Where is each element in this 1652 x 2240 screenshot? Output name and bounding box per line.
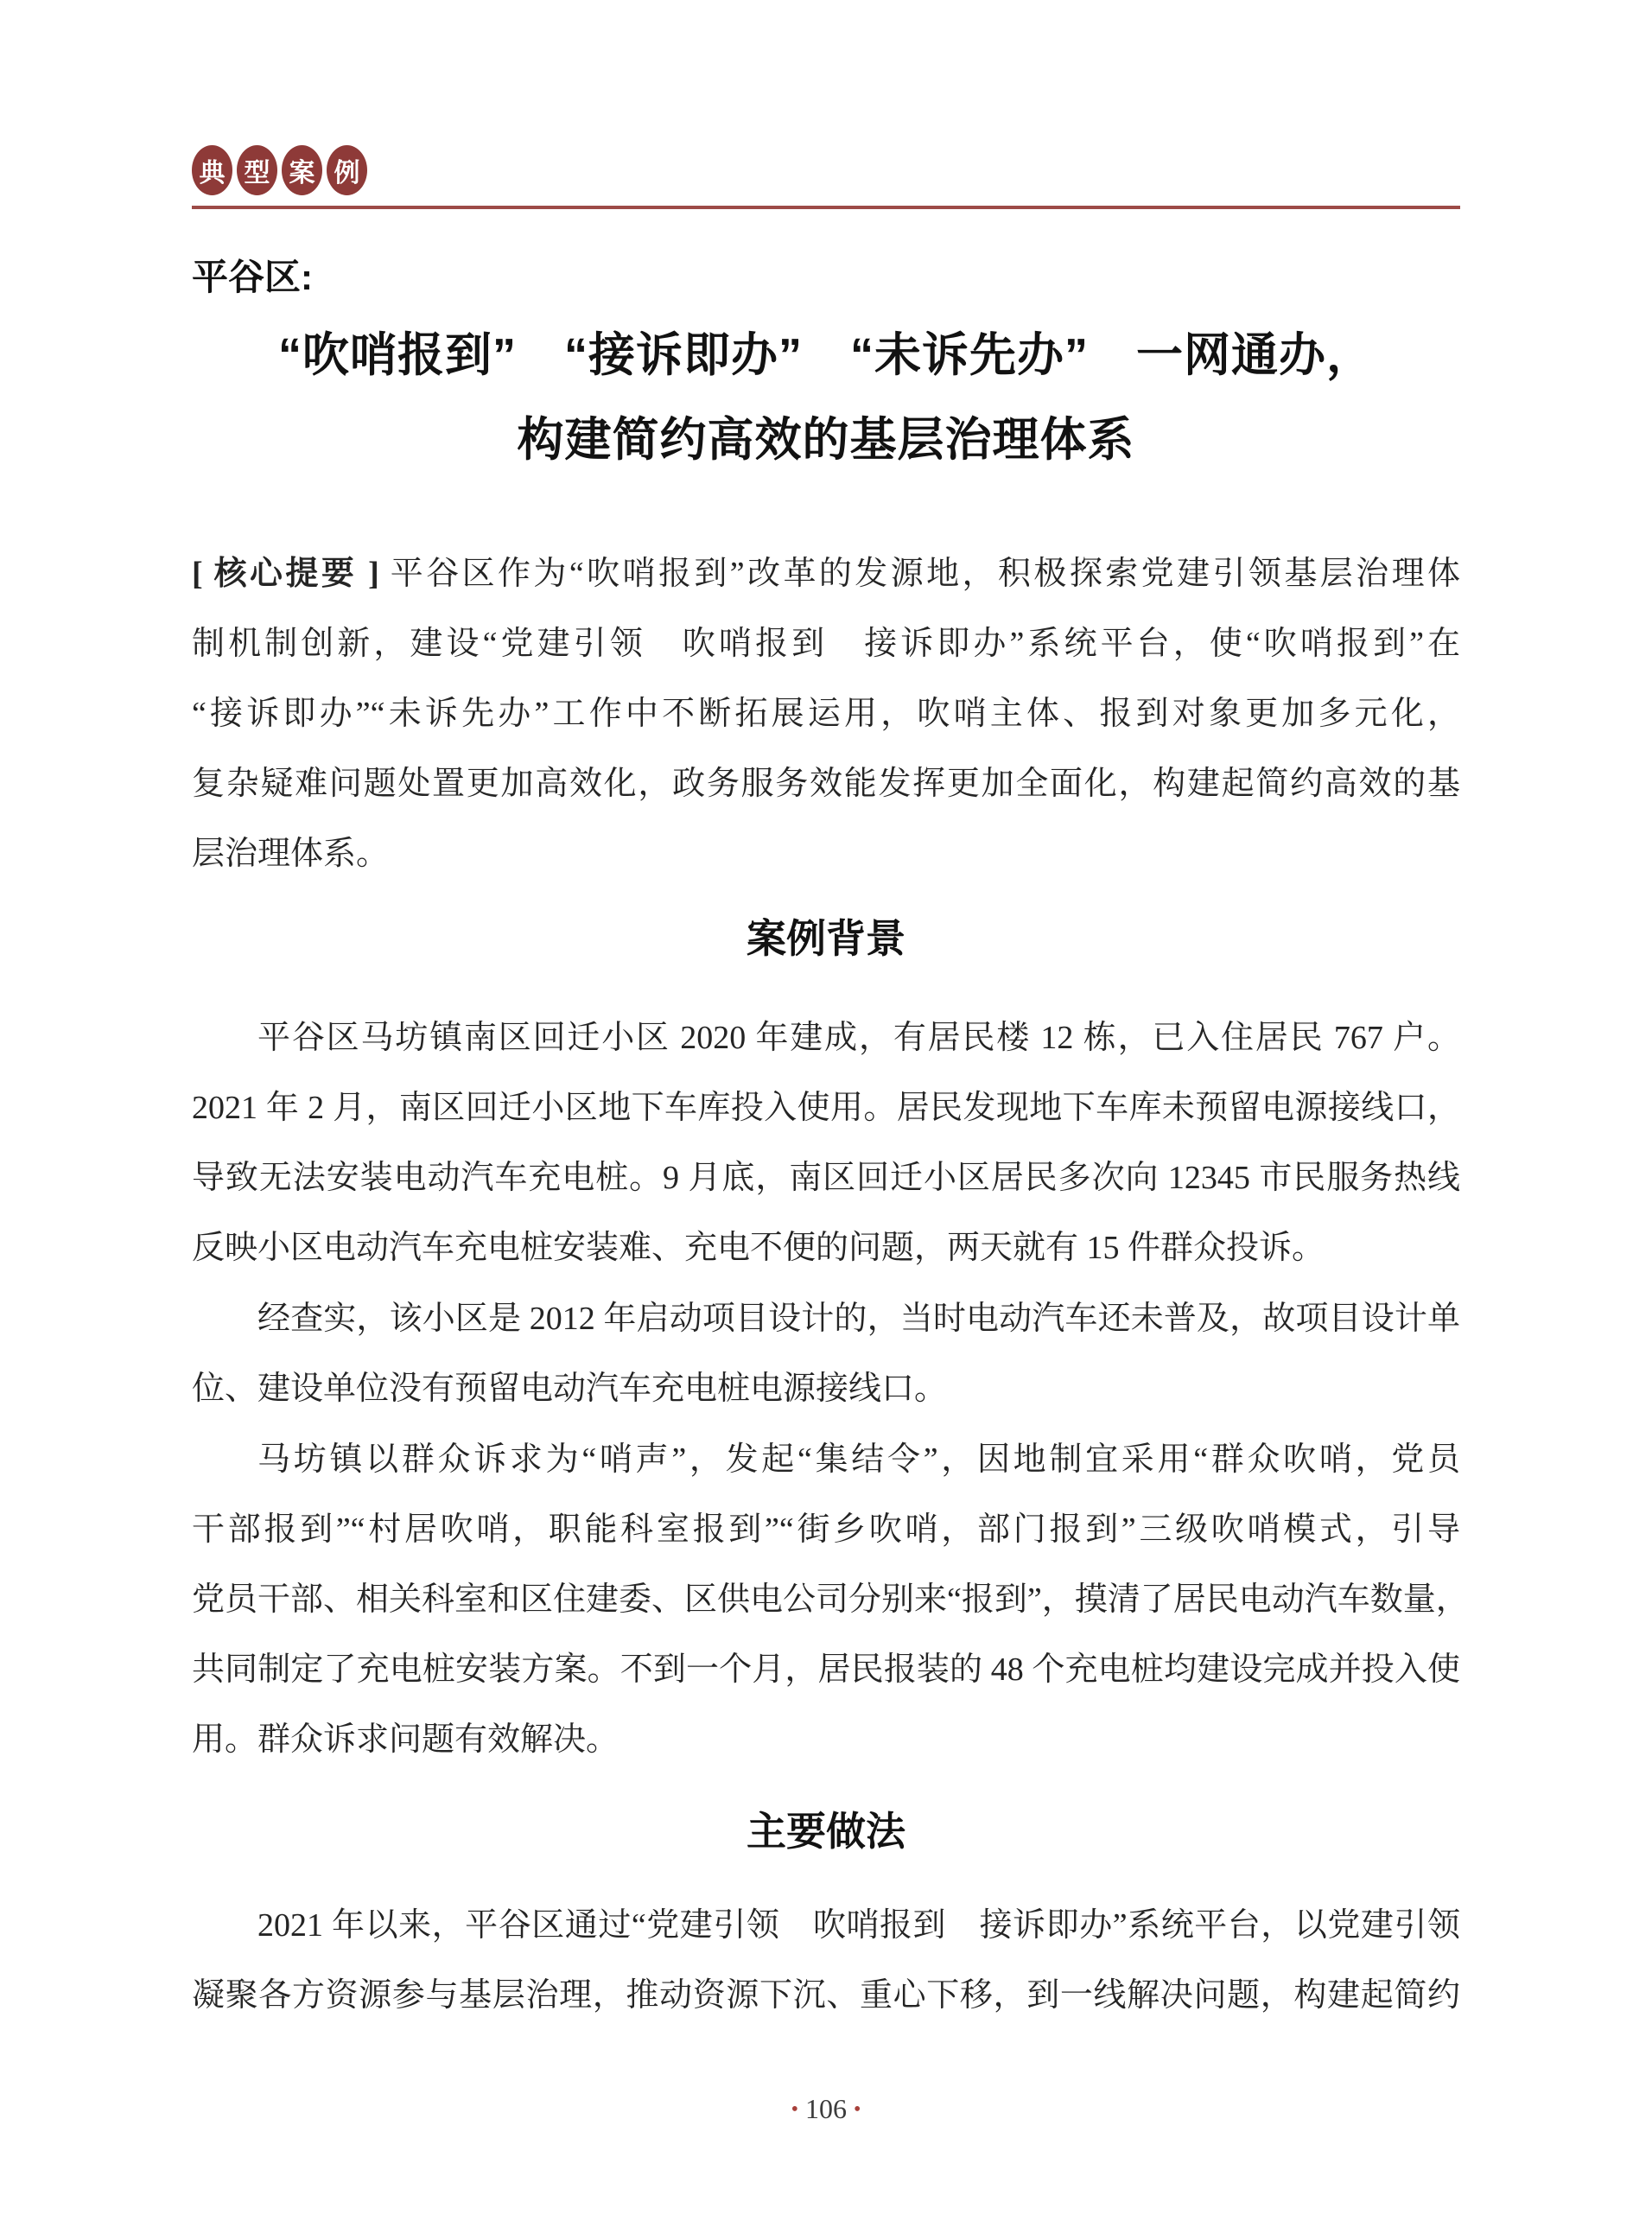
page-header: 典 型 案 例 — [192, 145, 1460, 209]
body-line: 反映小区电动汽车充电桩安装难、充电不便的问题，两天就有 15 件群众投诉。 — [192, 1213, 1460, 1283]
summary-line: [ 核心提要 ] 平谷区作为“吹哨报到”改革的发源地，积极探索党建引领基层治理体 — [192, 539, 1460, 609]
summary-label: [ 核心提要 ] — [192, 556, 379, 592]
footer-dot: • — [791, 2098, 798, 2121]
series-badge: 案 — [282, 145, 322, 195]
body-line: 用。群众诉求问题有效解决。 — [192, 1705, 1460, 1775]
body-line: 导致无法安装电动汽车充电桩。9 月底，南区回迁小区居民多次向 12345 市民服… — [192, 1143, 1460, 1213]
body-line: 经查实，该小区是 2012 年启动项目设计的，当时电动汽车还未普及，故项目设计单 — [192, 1284, 1460, 1354]
body-line: 平谷区马坊镇南区回迁小区 2020 年建成，有居民楼 12 栋，已入住居民 76… — [192, 1003, 1460, 1073]
section-heading-case-background: 案例背景 — [192, 913, 1460, 964]
body-line: 位、建设单位没有预留电动汽车充电桩电源接线口。 — [192, 1354, 1460, 1424]
body-paragraph: 2021 年以来，平谷区通过“党建引领 吹哨报到 接诉即办”系统平台，以党建引领… — [192, 1891, 1460, 2031]
district-kicker: 平谷区: — [192, 249, 1460, 301]
summary-paragraph: [ 核心提要 ] 平谷区作为“吹哨报到”改革的发源地，积极探索党建引领基层治理体… — [192, 539, 1460, 889]
body-line: 2021 年 2 月，南区回迁小区地下车库投入使用。居民发现地下车库未预留电源接… — [192, 1073, 1460, 1143]
summary-line-text: 平谷区作为“吹哨报到”改革的发源地，积极探索党建引领基层治理体 — [391, 556, 1460, 592]
series-badge: 例 — [327, 145, 367, 195]
body-paragraph: 经查实，该小区是 2012 年启动项目设计的，当时电动汽车还未普及，故项目设计单… — [192, 1284, 1460, 1424]
body-line: 马坊镇以群众诉求为“哨声”，发起“集结令”，因地制宜采用“群众吹哨，党员 — [192, 1425, 1460, 1495]
page-footer: •106• — [192, 2093, 1460, 2125]
document-page: 典 型 案 例 平谷区: “吹哨报到” “接诉即办” “未诉先办” 一网通办， … — [0, 0, 1652, 2240]
body-line: 凝聚各方资源参与基层治理，推动资源下沉、重心下移，到一线解决问题，构建起简约 — [192, 1961, 1460, 2031]
title-line: 构建简约高效的基层治理体系 — [192, 398, 1460, 482]
summary-line: 制机制创新，建设“党建引领 吹哨报到 接诉即办”系统平台，使“吹哨报到”在 — [192, 609, 1460, 679]
series-badge: 型 — [237, 145, 277, 195]
footer-dot: • — [854, 2098, 861, 2121]
summary-line: 复杂疑难问题处置更加高效化，政务服务效能发挥更加全面化，构建起简约高效的基 — [192, 749, 1460, 819]
header-rule — [192, 206, 1460, 209]
title-line: “吹哨报到” “接诉即办” “未诉先办” 一网通办， — [192, 313, 1460, 398]
page-number: 106 — [805, 2093, 847, 2124]
summary-line: 层治理体系。 — [192, 819, 1460, 889]
body-line: 干部报到”“村居吹哨，职能科室报到”“街乡吹哨，部门报到”三级吹哨模式，引导 — [192, 1495, 1460, 1565]
series-badges: 典 型 案 例 — [192, 145, 1460, 195]
body-line: 2021 年以来，平谷区通过“党建引领 吹哨报到 接诉即办”系统平台，以党建引领 — [192, 1891, 1460, 1961]
body-paragraph: 平谷区马坊镇南区回迁小区 2020 年建成，有居民楼 12 栋，已入住居民 76… — [192, 1003, 1460, 1283]
summary-line: “接诉即办”“未诉先办”工作中不断拓展运用，吹哨主体、报到对象更加多元化， — [192, 679, 1460, 749]
page-title: “吹哨报到” “接诉即办” “未诉先办” 一网通办， 构建简约高效的基层治理体系 — [192, 313, 1460, 482]
body-line: 党员干部、相关科室和区住建委、区供电公司分别来“报到”，摸清了居民电动汽车数量， — [192, 1565, 1460, 1635]
body-paragraph: 马坊镇以群众诉求为“哨声”，发起“集结令”，因地制宜采用“群众吹哨，党员 干部报… — [192, 1425, 1460, 1775]
series-badge: 典 — [192, 145, 232, 195]
body-line: 共同制定了充电桩安装方案。不到一个月，居民报装的 48 个充电桩均建设完成并投入… — [192, 1635, 1460, 1705]
section-heading-main-practices: 主要做法 — [192, 1805, 1460, 1857]
